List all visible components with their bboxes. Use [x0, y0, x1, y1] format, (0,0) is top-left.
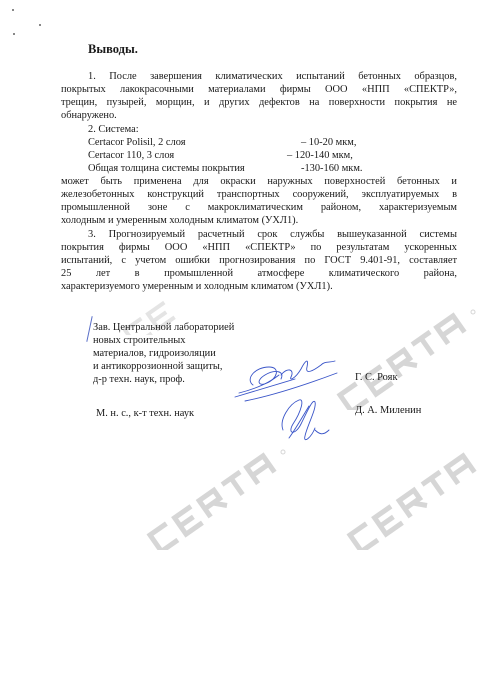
- scan-speck: [13, 33, 15, 35]
- certa-watermark: [340, 440, 480, 550]
- system-total-label: Общая толщина системы покрытия: [88, 162, 245, 175]
- system-layer-thickness: – 120-140 мкм,: [287, 149, 353, 162]
- text-line: 25 лет в промышленной атмосфере климатич…: [61, 267, 457, 280]
- signatory-position-line: М. н. с., к-т техн. наук: [96, 407, 194, 420]
- text-line: характеризуемого умеренным и холодным кл…: [61, 280, 333, 293]
- document-page: Выводы. 1. После завершения климатически…: [0, 0, 480, 676]
- text-line: холодным и умеренным холодным климатом (…: [61, 214, 298, 227]
- signature-milenin: [275, 390, 335, 450]
- text-line: промышленной зоне с макроклиматическим р…: [61, 201, 457, 214]
- signatory-name: Д. А. Миленин: [355, 404, 421, 417]
- scan-speck: [12, 9, 14, 11]
- certa-watermark: [140, 440, 290, 550]
- signature-royak: [225, 345, 345, 405]
- certa-watermark: [330, 300, 480, 410]
- system-layer-name: Certacor Polisil, 2 слоя: [88, 136, 186, 149]
- text-line: трещин, пузырей, морщин, и других дефект…: [61, 96, 457, 109]
- system-total-thickness: -130-160 мкм.: [301, 162, 363, 175]
- text-line: обнаружено.: [61, 109, 117, 122]
- margin-pen-mark: [86, 316, 92, 342]
- conclusions-heading: Выводы.: [88, 42, 138, 57]
- system-layer-thickness: – 10-20 мкм,: [301, 136, 356, 149]
- signatory-position-line: д-р техн. наук, проф.: [93, 373, 185, 386]
- signatory-position-line: и антикоррозионной защиты,: [93, 360, 222, 373]
- section-title: 2. Система:: [88, 123, 139, 136]
- text-line: покрытых лакокрасочными материалами фирм…: [61, 83, 457, 96]
- text-line: покрытия фирмы ООО «НПП «СПЕКТР» по резу…: [61, 241, 457, 254]
- signatory-name: Г. С. Рояк: [355, 371, 398, 384]
- text-line: 3. Прогнозируемый расчетный срок службы …: [88, 228, 457, 241]
- signatory-position-line: новых строительных: [93, 334, 185, 347]
- signatory-position-line: Зав. Центральной лабораторией: [93, 321, 234, 334]
- signatory-position-line: материалов, гидроизоляции: [93, 347, 216, 360]
- text-line: 1. После завершения климатических испыта…: [88, 70, 457, 83]
- text-line: железобетонных конструкций транспортных …: [61, 188, 457, 201]
- scan-speck: [39, 24, 41, 26]
- text-line: испытаний, с учетом ошибки прогнозирован…: [61, 254, 457, 267]
- text-line: может быть применена для окраски наружны…: [61, 175, 457, 188]
- system-layer-name: Certacor 110, 3 слоя: [88, 149, 174, 162]
